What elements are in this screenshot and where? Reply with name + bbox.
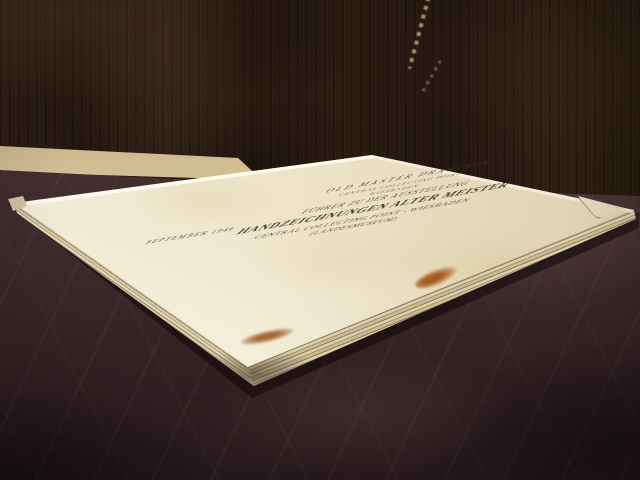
- photo-scene: OLD MASTER DRAWINGS CENTRAL COLLECTING P…: [0, 0, 640, 480]
